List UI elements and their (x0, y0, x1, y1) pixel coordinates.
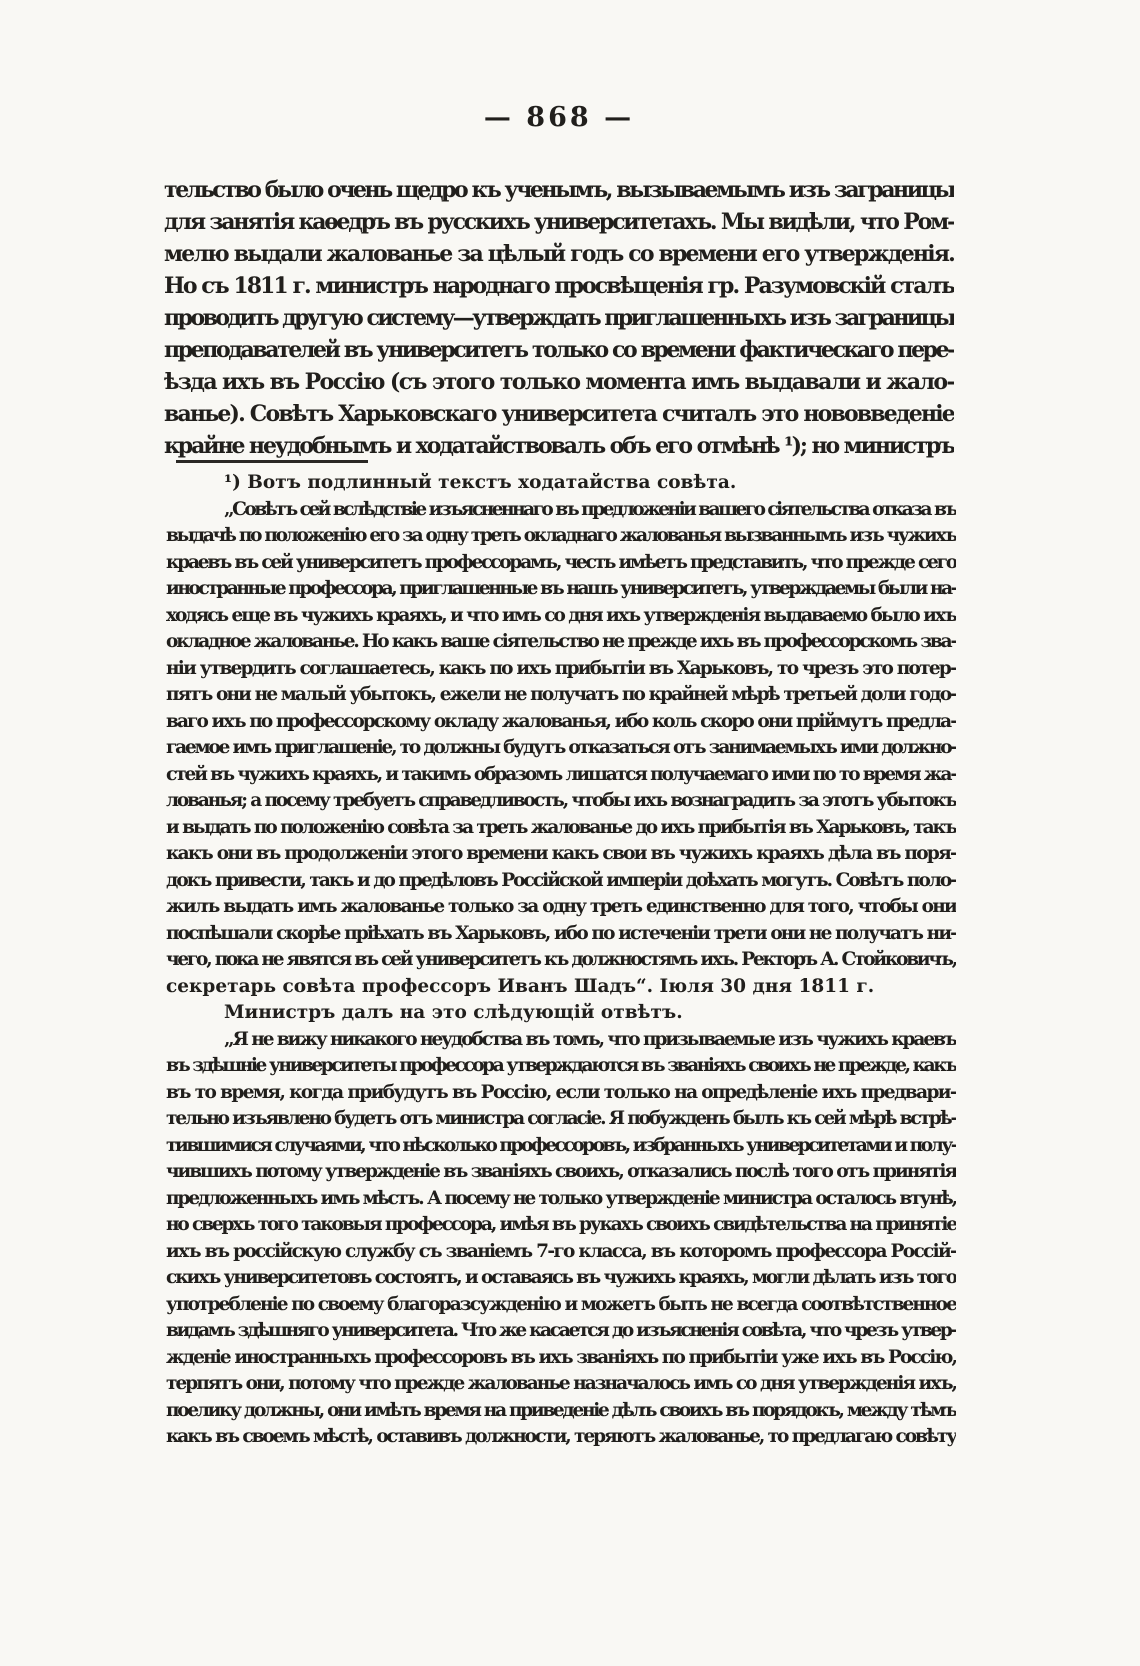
text-line: но сверхъ того таковыя профессора, имѣя … (166, 1212, 956, 1239)
text-line: „Я не вижу никакого неудобства въ томъ, … (166, 1027, 956, 1054)
footnote-reply-intro: Министръ далъ на это слѣдующій отвѣтъ. (166, 1000, 956, 1027)
text-line: предложенныхъ имъ мѣстъ. А посему не тол… (166, 1186, 956, 1213)
text-line: секретарь совѣта профессоръ Иванъ Шадъ“.… (166, 974, 956, 1001)
text-line: въ здѣшніе университеты профессора утвер… (166, 1053, 956, 1080)
footnote-reply-text: „Я не вижу никакого неудобства въ томъ, … (166, 1027, 956, 1451)
text-line: и выдать по положенію совѣта за треть жа… (166, 815, 956, 842)
text-line: скихъ университетовъ состоятъ, и оставая… (166, 1265, 956, 1292)
text-line: „Совѣтъ сей вслѣдствіе изъясненнаго въ п… (166, 497, 956, 524)
text-line: пятъ они не малый убытокъ, ежели не полу… (166, 682, 956, 709)
text-line: какъ въ своемъ мѣстѣ, оставивъ должности… (166, 1424, 956, 1451)
text-line: окладное жалованье. Но какъ ваше сіятель… (166, 629, 956, 656)
text-line: проводить другую систему—утверждать приг… (164, 302, 954, 334)
text-line: какъ они въ продолженіи этого времени ка… (166, 841, 956, 868)
text-line: крайне неудобнымъ и ходатайствовалъ объ … (164, 430, 954, 462)
footnote-petition-text: „Совѣтъ сей вслѣдствіе изъясненнаго въ п… (166, 497, 956, 1001)
text-line: ѣзда ихъ въ Россію (съ этого только моме… (164, 366, 954, 398)
footnote: ¹) Вотъ подлинный текстъ ходатайства сов… (166, 470, 956, 1451)
text-line: чившихъ потому утвержденіе въ званіяхъ с… (166, 1159, 956, 1186)
text-line: ніи утвердить соглашаетесь, какъ по ихъ … (166, 656, 956, 683)
text-line: для занятія каѳедръ въ русскихъ универси… (164, 206, 954, 238)
text-line: лованья; а посему требуетъ справедливост… (166, 788, 956, 815)
text-line: поспѣшали скорѣе пріѣхать въ Харьковъ, и… (166, 921, 956, 948)
text-line: докъ привести, такъ и до предѣловъ Россі… (166, 868, 956, 895)
text-line: терпятъ они, потому что прежде жалованье… (166, 1371, 956, 1398)
text-line: въ то время, когда прибудутъ въ Россію, … (166, 1080, 956, 1107)
text-line: Министръ далъ на это слѣдующій отвѣтъ. (166, 1000, 956, 1027)
text-line: мелю выдали жалованье за цѣлый годъ со в… (164, 238, 954, 270)
page-number: — 868 — (164, 102, 954, 133)
text-line: тившимися случаями, что нѣсколько профес… (166, 1133, 956, 1160)
text-line: видамъ здѣшняго университета. Что же кас… (166, 1318, 956, 1345)
text-line: тельство было очень щедро къ ученымъ, вы… (164, 174, 954, 206)
text-line: краевъ въ сей университетъ профессорамъ,… (166, 550, 956, 577)
text-line: преподавателей въ университетъ только со… (164, 334, 954, 366)
text-line: ваго ихъ по профессорскому окладу жалова… (166, 709, 956, 736)
scanned-book-page: — 868 — тельство было очень щедро къ уче… (0, 0, 1140, 1666)
text-line: ванье). Совѣтъ Харьковскаго университета… (164, 398, 954, 430)
text-line: стей въ чужихъ краяхъ, и такимъ образомъ… (166, 762, 956, 789)
text-line: жденіе иностранныхъ профессоровъ въ ихъ … (166, 1345, 956, 1372)
text-line: тельно изъявлено будетъ отъ министра сог… (166, 1106, 956, 1133)
text-line: иностранные профессора, приглашенные въ … (166, 576, 956, 603)
footnote-heading: ¹) Вотъ подлинный текстъ ходатайства сов… (166, 470, 956, 497)
text-line: ходясь еще въ чужихъ краяхъ, и что имъ с… (166, 603, 956, 630)
text-line: выдачѣ по положенію его за одну треть ок… (166, 523, 956, 550)
text-line: гаемое имъ приглашеніе, то должны будутъ… (166, 735, 956, 762)
text-line: ¹) Вотъ подлинный текстъ ходатайства сов… (166, 470, 956, 497)
text-line: чего, пока не явятся въ сей университетъ… (166, 947, 956, 974)
text-line: поелику должны, они имѣть время на приве… (166, 1398, 956, 1425)
text-line: ихъ въ россійскую службу съ званіемъ 7-г… (166, 1239, 956, 1266)
text-line: жилъ выдать имъ жалованье только за одну… (166, 894, 956, 921)
text-line: употребленіе по своему благоразсужденію … (166, 1292, 956, 1319)
text-line: Но съ 1811 г. министръ народнаго просвѣщ… (164, 270, 954, 302)
main-paragraph: тельство было очень щедро къ ученымъ, вы… (164, 174, 954, 462)
footnote-separator-rule (176, 460, 368, 463)
